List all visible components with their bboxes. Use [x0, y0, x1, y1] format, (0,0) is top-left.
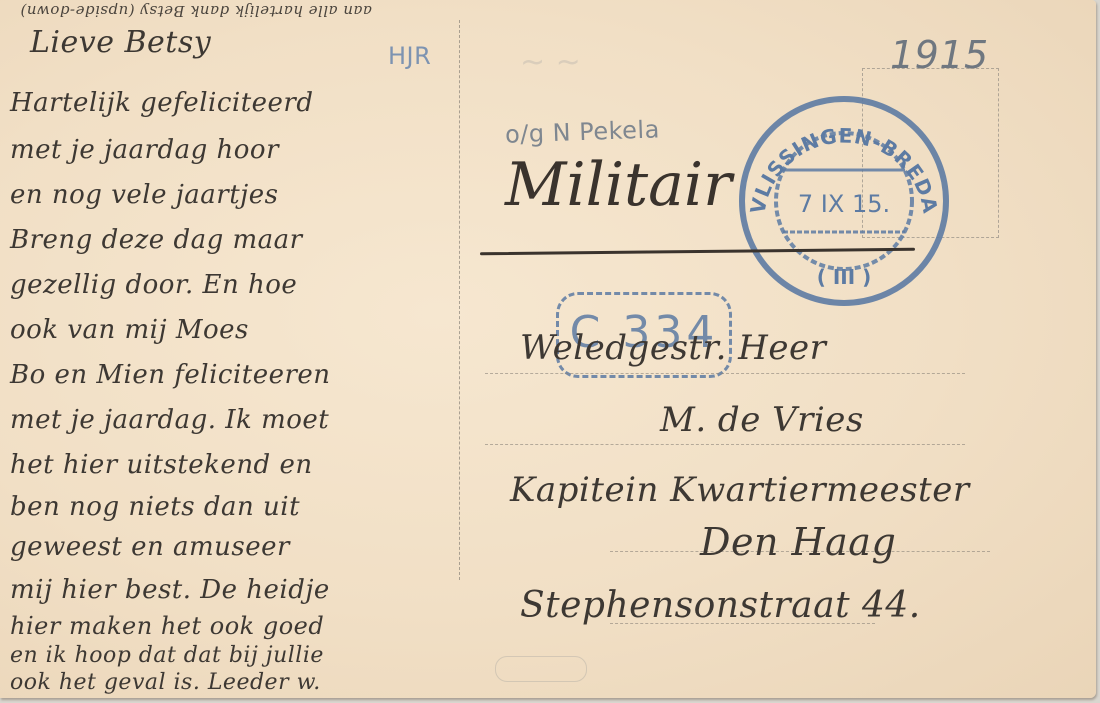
upside-down-note: aan alle hartelijk dank Betsy (upside-do… [20, 2, 372, 20]
salutation: Lieve Betsy [30, 25, 211, 60]
message-line: Breng deze dag maar [10, 225, 303, 255]
address-rule [485, 444, 965, 445]
message-line: met je jaardag hoor [10, 135, 279, 165]
address-line-2: M. de Vries [660, 400, 864, 440]
address-line-5: Stephensonstraat 44. [520, 585, 921, 626]
pencil-note: o/g N Pekela [505, 115, 661, 148]
franking-label: Militair [505, 150, 732, 220]
message-line: mij hier best. De heidje [10, 575, 330, 605]
address-line-4: Den Haag [700, 520, 896, 564]
archive-mark: HJR [388, 42, 431, 70]
message-line: gezellig door. En hoe [10, 270, 297, 300]
message-line: ook van mij Moes [10, 315, 249, 345]
message-line: Bo en Mien feliciteeren [10, 360, 331, 390]
message-line: en nog vele jaartjes [10, 180, 278, 210]
faint-stain [495, 656, 587, 682]
address-line-3: Kapitein Kwartiermeester [510, 470, 970, 510]
message-line: en ik hoop dat dat bij jullie [10, 643, 324, 668]
center-divider [459, 20, 460, 580]
faint-pencil-marks: ~ ~ [520, 45, 581, 80]
address-line-1: Weledgestr. Heer [520, 328, 826, 368]
message-line: ben nog niets dan uit [10, 492, 300, 522]
postmark-icon: VLISSINGEN-BREDA 7 IX 15. ( III ) [735, 92, 953, 310]
postmark-date: 7 IX 15. [798, 190, 890, 218]
address-rule [485, 373, 965, 374]
postcard: aan alle hartelijk dank Betsy (upside-do… [0, 0, 1096, 698]
message-line: ook het geval is. Leeder w. [10, 670, 321, 695]
message-line: hier maken het ook goed [10, 612, 324, 640]
message-line: het hier uitstekend en [10, 450, 313, 480]
message-line: Hartelijk gefeliciteerd [10, 88, 314, 118]
message-line: met je jaardag. Ik moet [10, 405, 329, 435]
postmark-bottom-text: ( III ) [817, 265, 872, 289]
message-line: geweest en amuseer [10, 532, 290, 562]
